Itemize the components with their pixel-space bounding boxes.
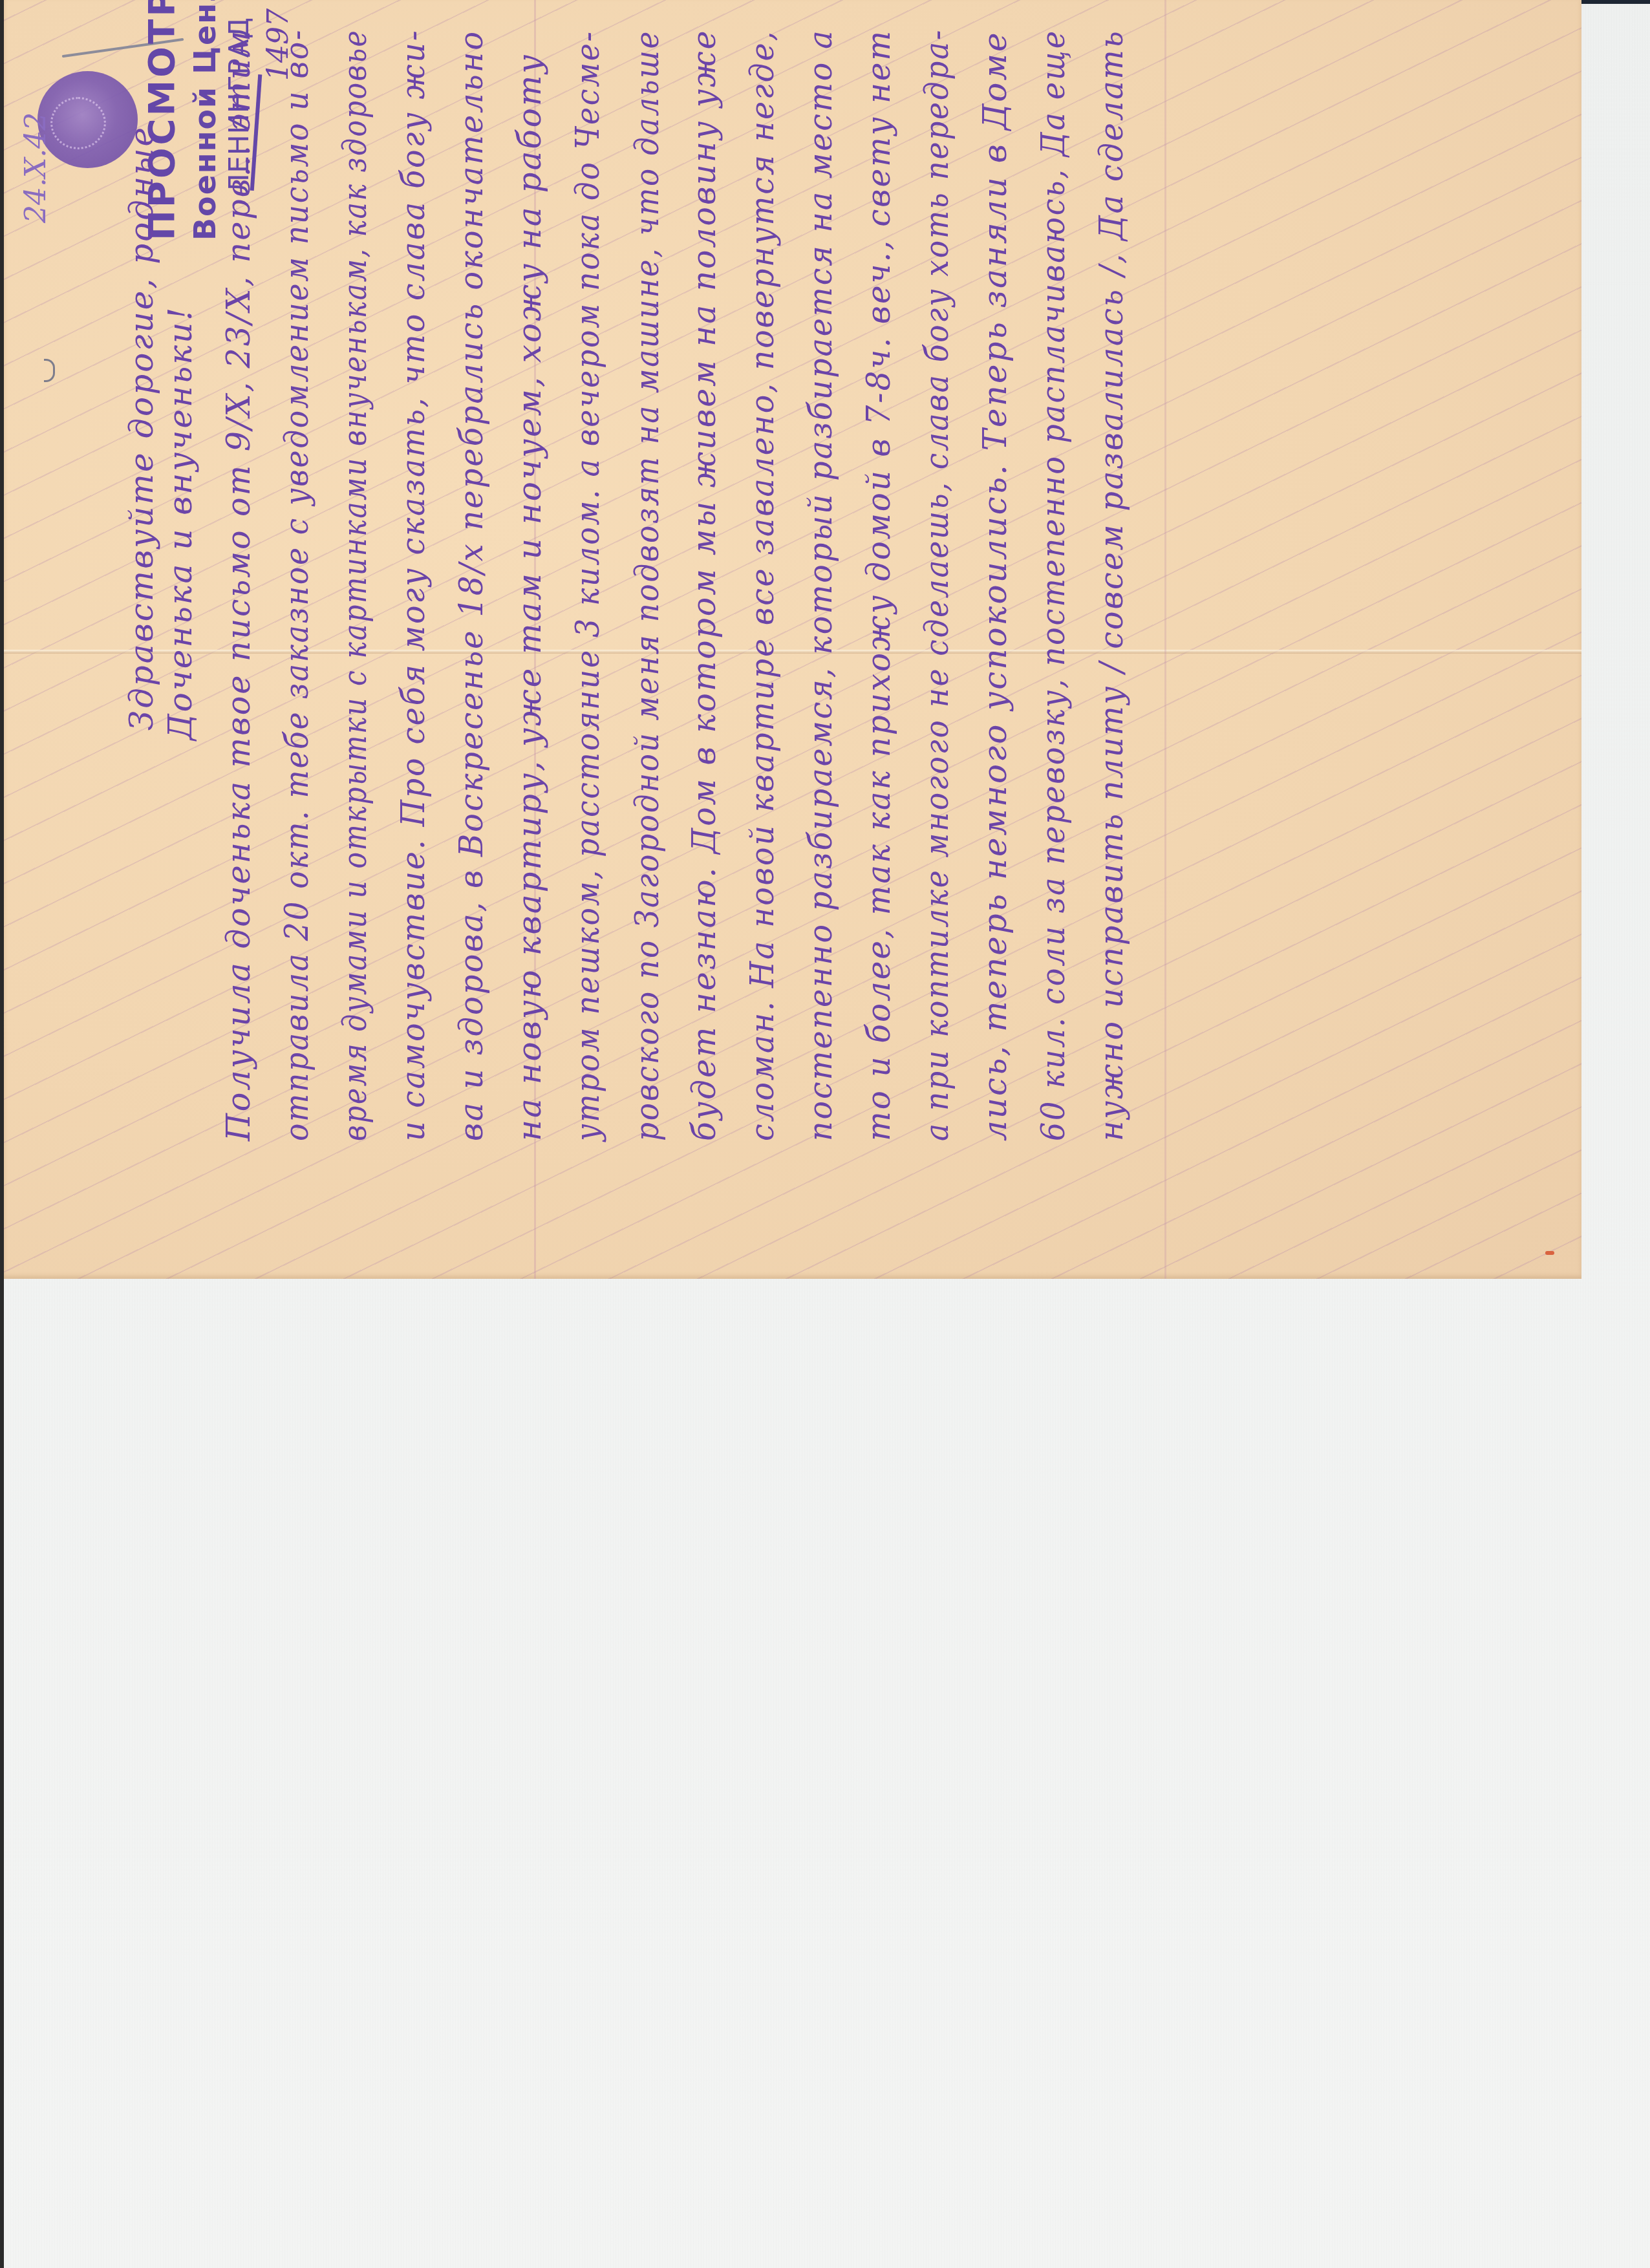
letter-line: ровского по Загородной меня подвозят на …: [628, 30, 666, 1141]
margin-line: [1164, 0, 1166, 1279]
letter-line: лись, теперь немного успокоились. Теперь…: [976, 31, 1014, 1141]
letter-line: будет незнаю. Дом в котором мы живем на …: [685, 29, 723, 1141]
letter-line: на новую квартиру, уже там и ночуем, хож…: [511, 53, 548, 1141]
greeting-line-2: Доченька и внученьки!: [162, 306, 199, 740]
letter-line: постепенно разбираемся, который разбирае…: [802, 28, 839, 1141]
greeting-line-1: Здравствуйте дорогие, родные: [123, 125, 160, 731]
letter-line: время думами и открытки с картинками вну…: [336, 29, 374, 1141]
censor-stamp-line2: Военной Цензурой: [187, 0, 222, 241]
letter-line: а при коптилке многого не сделаешь, слав…: [918, 28, 956, 1141]
stain: [1545, 1251, 1554, 1255]
scan-edge-border-top: [1581, 0, 1650, 4]
date-annotation: 24.X.42: [19, 112, 52, 223]
letter-line: сломан. На новой квартире все завалено, …: [744, 30, 781, 1141]
letter-line: утром пешком, расстояние 3 килом. а вече…: [569, 30, 606, 1141]
letter-line: и самочувствие. Про себя могу сказать, ч…: [394, 28, 432, 1141]
letter-line: отправила 20 окт. тебе заказное с уведом…: [278, 28, 316, 1141]
letter-line: Получила доченька твое письмо от 9/X, 23…: [220, 29, 257, 1141]
letter-line: 60 кил. соли за перевозку, постепенно ра…: [1034, 29, 1072, 1141]
letter-line: то и более, так как прихожу домой в 7-8ч…: [860, 29, 897, 1141]
seal-detail: [50, 97, 106, 149]
letter-line: нужно исправить плиту / совсем развалила…: [1093, 29, 1130, 1141]
letter-line: ва и здорова, в Воскресенье 18/х перебра…: [453, 30, 490, 1141]
